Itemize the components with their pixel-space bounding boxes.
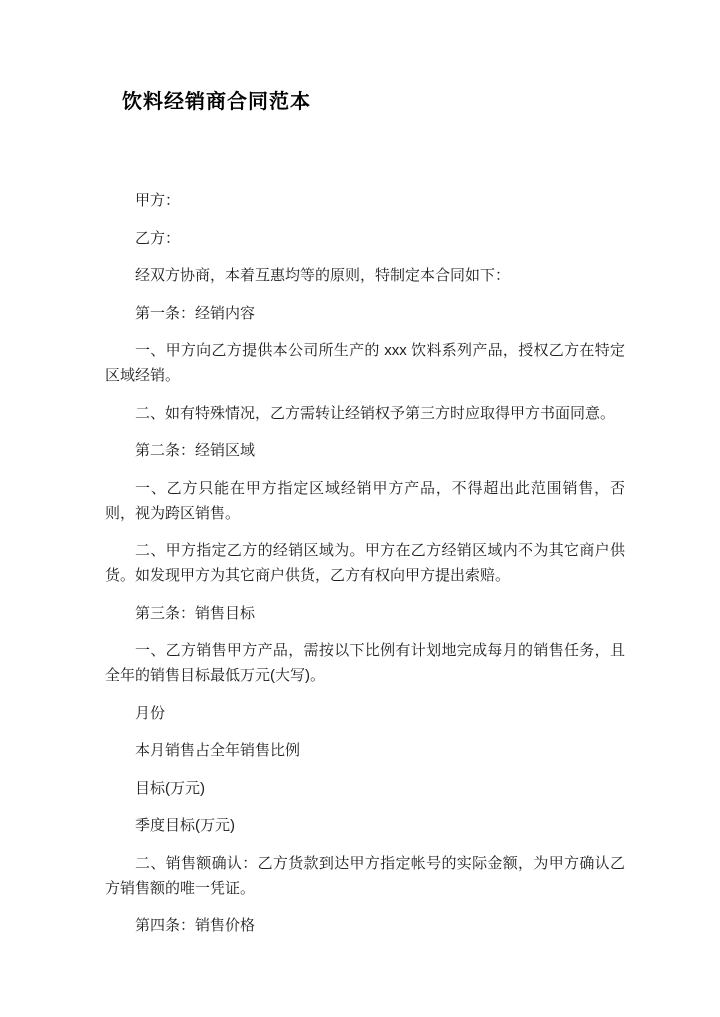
paragraph-article1-item2: 二、如有特殊情况，乙方需转让经销权予第三方时应取得甲方书面同意。 [105,401,625,426]
heading-article-4: 第四条：销售价格 [105,913,625,938]
paragraph-label-quarter-target: 季度目标(万元) [105,813,625,838]
paragraph-article3-item2: 二、销售额确认：乙方货款到达甲方指定帐号的实际金额，为甲方确认乙方销售额的唯一凭… [105,851,625,901]
paragraph-article2-item1: 一、乙方只能在甲方指定区域经销甲方产品，不得超出此范围销售，否则，视为跨区销售。 [105,476,625,526]
paragraph-article2-item2: 二、甲方指定乙方的经销区域为。甲方在乙方经销区域内不为其它商户供货。如发现甲方为… [105,538,625,588]
document-page: 饮料经销商合同范本 甲方： 乙方： 经双方协商，本着互惠均等的原则，特制定本合同… [0,0,720,1017]
paragraph-party-a: 甲方： [105,188,625,213]
paragraph-article1-item1: 一、甲方向乙方提供本公司所生产的 xxx 饮料系列产品，授权乙方在特定区域经销。 [105,338,625,388]
heading-article-2: 第二条：经销区域 [105,438,625,463]
paragraph-article3-item1: 一、乙方销售甲方产品，需按以下比例有计划地完成每月的销售任务，且全年的销售目标最… [105,638,625,688]
paragraph-label-month: 月份 [105,701,625,726]
heading-article-1: 第一条：经销内容 [105,301,625,326]
paragraph-party-b: 乙方： [105,226,625,251]
paragraph-preamble: 经双方协商，本着互惠均等的原则，特制定本合同如下： [105,263,625,288]
heading-article-3: 第三条：销售目标 [105,601,625,626]
paragraph-label-monthly-sales-ratio: 本月销售占全年销售比例 [105,738,625,763]
document-title: 饮料经销商合同范本 [122,88,625,116]
paragraph-label-target: 目标(万元) [105,776,625,801]
